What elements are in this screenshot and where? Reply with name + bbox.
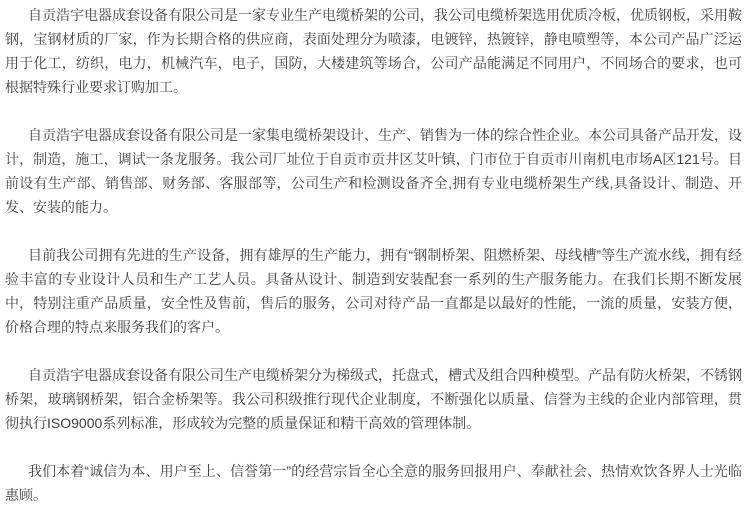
paragraph-product-models: 自贡浩宇电器成套设备有限公司生产电缆桥架分为梯级式，托盘式，槽式及组合四种模型。… (5, 363, 742, 435)
company-intro-document: 自贡浩宇电器成套设备有限公司是一家专业生产电缆桥架的公司，我公司电缆桥架选用优质… (0, 0, 745, 507)
paragraph-service-motto: 我们本着“诚信为本、用户至上、信誉第一”的经营宗旨全心全意的服务回报用户、奉献社… (5, 459, 742, 507)
paragraph-production-capability: 目前我公司拥有先进的生产设备，拥有雄厚的生产能力，拥有“钢制桥架、阻燃桥架、母线… (5, 243, 742, 339)
paragraph-business-scope: 自贡浩宇电器成套设备有限公司是一家集电缆桥架设计、生产、销售为一体的综合性企业。… (5, 123, 742, 219)
paragraph-company-overview: 自贡浩宇电器成套设备有限公司是一家专业生产电缆桥架的公司，我公司电缆桥架选用优质… (5, 3, 742, 99)
